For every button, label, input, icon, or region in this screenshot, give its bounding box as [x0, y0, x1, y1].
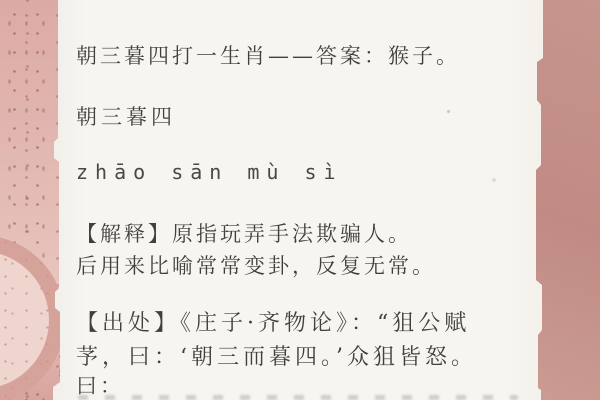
- idiom-title: 朝三暮四: [76, 101, 176, 131]
- pinyin-line: zhāo sān mù sì: [76, 160, 343, 184]
- photo-speck: [492, 178, 496, 182]
- explanation-line-1: 【解释】原指玩弄手法欺骗人。: [76, 218, 412, 248]
- ring-watermark: [0, 235, 65, 400]
- source-line-1: 【出处】《庄子·齐物论》：“狙公赋: [76, 306, 470, 337]
- source-line-2: 芧，曰：‘朝三而暮四。’众狙皆怒。: [76, 340, 477, 371]
- paper-background: 朝三暮四打一生肖——答案：猴子。 朝三暮四 zhāo sān mù sì 【解释…: [0, 0, 600, 400]
- cutoff-text-remnant: [78, 395, 518, 400]
- riddle-answer-line: 朝三暮四打一生肖——答案：猴子。: [76, 40, 460, 70]
- explanation-line-2: 后用来比喻常常变卦，反复无常。: [76, 250, 436, 280]
- left-texture-border: [0, 0, 62, 400]
- photo-speck: [447, 110, 450, 113]
- document-photo-page: 朝三暮四打一生肖——答案：猴子。 朝三暮四 zhāo sān mù sì 【解释…: [0, 0, 600, 400]
